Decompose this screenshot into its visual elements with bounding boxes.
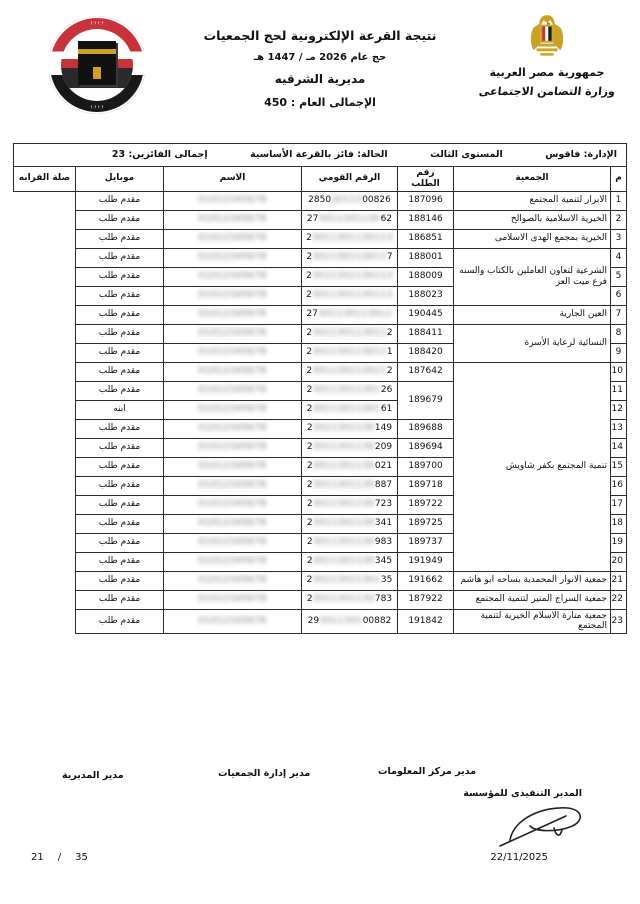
redacted-mobile-number: 01012345678 [198, 252, 267, 262]
association-cell: الخيرية بمجمع الهدى الاسلامى [454, 229, 611, 248]
redacted-national-id-digits: 301130113011 [312, 347, 387, 357]
egypt-eagle-icon [528, 12, 566, 62]
redacted-national-id-digits: 3011301130 [313, 461, 375, 471]
mobile-cell: 01012345678 [164, 590, 302, 609]
row-number: 9 [611, 343, 627, 362]
mobile-cell: 01012345678 [164, 476, 302, 495]
redacted-mobile-number: 01012345678 [198, 214, 267, 224]
table-row: 4الشرعية لتعاون العاملين بالكتاب والسنه … [13, 248, 626, 267]
directorate-line: مديرية الشرقيه [195, 72, 445, 86]
hajj-year-line: حج عام 2026 مـ / 1447 هـ [195, 52, 445, 63]
document-page: جمهورية مصر العربية وزارة التضامن الاجتم… [0, 0, 640, 904]
row-number: 2 [611, 210, 627, 229]
administration-label: الإدارة: فاقوس [545, 149, 617, 160]
national-id-cell: 29301130100882 [302, 609, 398, 634]
redacted-mobile-number: 01012345678 [198, 537, 267, 547]
national-id-cell: 23011301130341 [302, 514, 398, 533]
relation-cell: مقدم طلب [76, 533, 164, 552]
mobile-cell: 01012345678 [164, 609, 302, 634]
request-number-cell: 188411 [398, 324, 454, 343]
national-id-cell: 28503011300826 [302, 191, 398, 210]
association-cell: الابرار لتنمية المجتمع [454, 191, 611, 210]
national-id-cell: 23011301130149 [302, 419, 398, 438]
row-number: 23 [611, 609, 627, 634]
relation-cell: مقدم طلب [76, 495, 164, 514]
redacted-national-id-digits: 3011301130 [313, 556, 375, 566]
request-number-cell: 187922 [398, 590, 454, 609]
report-date: 22/11/2025 [490, 852, 548, 863]
mobile-cell: 01012345678 [164, 324, 302, 343]
request-number-cell: 189679 [398, 381, 454, 419]
redacted-mobile-number: 01012345678 [198, 461, 267, 471]
request-number-cell: 191842 [398, 609, 454, 634]
row-number: 11 [611, 381, 627, 400]
table-row: 22جمعية السراج المنير لتنمية المجتمع1879… [13, 590, 626, 609]
request-number-cell: 189700 [398, 457, 454, 476]
ministry-title: وزارة التضامن الاجتماعى [471, 85, 622, 98]
redacted-national-id-digits: 301130113011 [312, 328, 387, 338]
relation-cell: مقدم طلب [76, 324, 164, 343]
mobile-cell: 01012345678 [164, 514, 302, 533]
mobile-cell: 01012345678 [164, 191, 302, 210]
mobile-cell: 01012345678 [164, 286, 302, 305]
relation-cell: مقدم طلب [76, 457, 164, 476]
redacted-national-id-digits: 3011301130 [313, 594, 375, 604]
mobile-cell: 01012345678 [164, 381, 302, 400]
request-number-cell: 188420 [398, 343, 454, 362]
redacted-mobile-number: 01012345678 [198, 594, 267, 604]
title-block: نتيجة القرعة الإلكترونية لحج الجمعيات حج… [195, 28, 445, 109]
redacted-mobile-number: 01012345678 [198, 271, 267, 281]
association-cell: الشرعية لتعاون العاملين بالكتاب والسنه ف… [454, 248, 611, 305]
redacted-mobile-number: 01012345678 [198, 423, 267, 433]
redacted-mobile-number: 01012345678 [198, 385, 267, 395]
seal-inner [61, 29, 133, 101]
redacted-national-id-digits: 30113011301 [312, 404, 381, 414]
grand-total-line: الإجمالى العام : 450 [195, 96, 445, 109]
row-number: 6 [611, 286, 627, 305]
table-row: 23جمعية منارة الاسلام الخيرية لتنمية الم… [13, 609, 626, 634]
table-row: 1الابرار لتنمية المجتمع18709628503011300… [13, 191, 626, 210]
national-id-cell: 23011301130887 [302, 476, 398, 495]
national-id-cell: 23011301130117 [302, 248, 398, 267]
row-number: 22 [611, 590, 627, 609]
status-label: الحالة: فائز بالقرعة الأساسية [250, 149, 387, 160]
national-id-cell: 27301130113011 [302, 305, 398, 324]
relation-cell: مقدم طلب [76, 191, 164, 210]
table-row: 8النسائية لرعاية الأسرة18841123011301130… [13, 324, 626, 343]
relation-cell: مقدم طلب [76, 590, 164, 609]
request-number-cell: 188023 [398, 286, 454, 305]
row-number: 5 [611, 267, 627, 286]
redacted-national-id-digits: 30113011301 [312, 575, 381, 585]
table-row: 2الخيرية الاسلامية بالصوالح1881462730113… [13, 210, 626, 229]
mobile-cell: 01012345678 [164, 343, 302, 362]
mobile-cell: 01012345678 [164, 362, 302, 381]
ministry-block: جمهورية مصر العربية وزارة التضامن الاجتم… [472, 12, 622, 98]
level-label: المستوى الثالث [430, 149, 503, 160]
relation-cell: ابنه [76, 400, 164, 419]
redacted-mobile-number: 01012345678 [198, 575, 267, 585]
mobile-cell: 01012345678 [164, 552, 302, 571]
national-id-cell: 23011301130783 [302, 590, 398, 609]
request-number-cell: 188001 [398, 248, 454, 267]
request-number-cell: 191662 [398, 571, 454, 590]
relation-cell: مقدم طلب [76, 248, 164, 267]
col-association: الجمعية [454, 167, 611, 192]
col-name: الاسم [164, 167, 302, 192]
page-separator: / [58, 852, 61, 863]
redacted-national-id-digits: 3011301130 [318, 214, 380, 224]
relation-cell: مقدم طلب [76, 229, 164, 248]
document-title: نتيجة القرعة الإلكترونية لحج الجمعيات [195, 28, 445, 43]
directorate-manager-label: مدير المديرية [62, 770, 124, 781]
association-cell: جمعية الانوار المحمدية بساحه ابو هاشم [454, 571, 611, 590]
mobile-cell: 01012345678 [164, 419, 302, 438]
national-id-cell: 23011301130135 [302, 571, 398, 590]
col-relation: صلة القرابه [13, 167, 75, 192]
request-number-cell: 189718 [398, 476, 454, 495]
results-table-wrap: الإدارة: فاقوس المستوى الثالث الحالة: فا… [14, 143, 627, 634]
national-id-cell: 23011301130126 [302, 381, 398, 400]
relation-cell: مقدم طلب [76, 552, 164, 571]
mobile-cell: 01012345678 [164, 267, 302, 286]
info-bar: الإدارة: فاقوس المستوى الثالث الحالة: فا… [13, 144, 626, 167]
row-number: 15 [611, 457, 627, 476]
relation-cell: مقدم طلب [76, 267, 164, 286]
row-number: 8 [611, 324, 627, 343]
national-id-cell: 23011301130021 [302, 457, 398, 476]
table-row: 7العين الجارية19044527301130113011010123… [13, 305, 626, 324]
national-id-cell: 23011301130111 [302, 343, 398, 362]
table-row: 10تنمية المجتمع بكفر شاويش18764223011301… [13, 362, 626, 381]
relation-cell: مقدم طلب [76, 609, 164, 634]
relation-cell: مقدم طلب [76, 210, 164, 229]
national-id-cell: 23011301130113 [302, 229, 398, 248]
redacted-national-id-digits: 3011301130113 [312, 290, 393, 300]
association-cell: النسائية لرعاية الأسرة [454, 324, 611, 362]
table-row: 3الخيرية بمجمع الهدى الاسلامى18685123011… [13, 229, 626, 248]
row-number: 13 [611, 419, 627, 438]
request-number-cell: 187096 [398, 191, 454, 210]
national-id-cell: 23011301130723 [302, 495, 398, 514]
row-number: 12 [611, 400, 627, 419]
request-number-cell: 191949 [398, 552, 454, 571]
redacted-national-id-digits: 3011301130 [313, 442, 375, 452]
redacted-national-id-digits: 3011301130 [313, 537, 375, 547]
association-cell: جمعية منارة الاسلام الخيرية لتنمية المجت… [454, 609, 611, 634]
redacted-national-id-digits: 30113 [331, 195, 362, 205]
request-number-cell: 188146 [398, 210, 454, 229]
redacted-national-id-digits: 301130113011 [312, 252, 387, 262]
col-request-no: رقم الطلب [398, 167, 454, 192]
national-id-cell: 23011301130345 [302, 552, 398, 571]
national-id-cell: 23011301130112 [302, 362, 398, 381]
redacted-national-id-digits: 301130113011 [318, 309, 393, 319]
row-number: 3 [611, 229, 627, 248]
mobile-cell: 01012345678 [164, 571, 302, 590]
redacted-mobile-number: 01012345678 [198, 347, 267, 357]
row-number: 16 [611, 476, 627, 495]
national-id-cell: 23011301130161 [302, 400, 398, 419]
winners-total-label: إجمالى الفائزين: 23 [112, 149, 208, 160]
national-id-cell: 23011301130983 [302, 533, 398, 552]
request-number-cell: 188009 [398, 267, 454, 286]
national-id-cell: 27301130113062 [302, 210, 398, 229]
association-cell: الخيرية الاسلامية بالصوالح [454, 210, 611, 229]
relation-cell: مقدم طلب [76, 571, 164, 590]
request-number-cell: 189737 [398, 533, 454, 552]
results-tbody: 1الابرار لتنمية المجتمع18709628503011300… [13, 191, 626, 634]
page-current: 21 [31, 852, 44, 863]
association-cell: تنمية المجتمع بكفر شاويش [454, 362, 611, 571]
mobile-cell: 01012345678 [164, 248, 302, 267]
row-number: 20 [611, 552, 627, 571]
national-id-cell: 23011301130112 [302, 324, 398, 343]
seal-bottom-text: ﴿ ﴾ ﴿ ﴾ [48, 104, 146, 109]
redacted-national-id-digits: 30113011301 [312, 385, 381, 395]
row-number: 10 [611, 362, 627, 381]
mobile-cell: 01012345678 [164, 400, 302, 419]
document-header: جمهورية مصر العربية وزارة التضامن الاجتم… [0, 8, 640, 138]
national-id-cell: 23011301130113 [302, 286, 398, 305]
page-total: 35 [75, 852, 88, 863]
executive-director-label: المدير التنفيذى للمؤسسة [463, 788, 582, 799]
request-number-cell: 189722 [398, 495, 454, 514]
relation-cell: مقدم طلب [76, 514, 164, 533]
results-table: الإدارة: فاقوس المستوى الثالث الحالة: فا… [13, 143, 627, 634]
redacted-mobile-number: 01012345678 [198, 480, 267, 490]
signature-scribble [496, 800, 588, 852]
redacted-mobile-number: 01012345678 [198, 556, 267, 566]
redacted-national-id-digits: 3011301130113 [312, 271, 393, 281]
seal-top-text: ﴿ ﴾ ﴿ ﴾ [48, 20, 146, 25]
row-number: 21 [611, 571, 627, 590]
redacted-national-id-digits: 301130113011 [312, 366, 387, 376]
row-number: 7 [611, 305, 627, 324]
redacted-mobile-number: 01012345678 [198, 195, 267, 205]
association-cell: جمعية السراج المنير لتنمية المجتمع [454, 590, 611, 609]
mobile-cell: 01012345678 [164, 438, 302, 457]
col-national-id: الرقم القومي [302, 167, 398, 192]
redacted-mobile-number: 01012345678 [198, 616, 267, 626]
redacted-mobile-number: 01012345678 [198, 309, 267, 319]
redacted-mobile-number: 01012345678 [198, 442, 267, 452]
table-row: 21جمعية الانوار المحمدية بساحه ابو هاشم1… [13, 571, 626, 590]
request-number-cell: 187642 [398, 362, 454, 381]
redacted-mobile-number: 01012345678 [198, 290, 267, 300]
col-no: م [611, 167, 627, 192]
request-number-cell: 190445 [398, 305, 454, 324]
relation-cell: مقدم طلب [76, 343, 164, 362]
row-number: 14 [611, 438, 627, 457]
redacted-national-id-digits: 3011301 [319, 616, 363, 626]
request-number-cell: 189694 [398, 438, 454, 457]
relation-cell: مقدم طلب [76, 362, 164, 381]
mobile-cell: 01012345678 [164, 305, 302, 324]
mobile-cell: 01012345678 [164, 457, 302, 476]
redacted-national-id-digits: 3011301130 [313, 518, 375, 528]
association-cell: العين الجارية [454, 305, 611, 324]
associations-manager-label: مدير إدارة الجمعيات [218, 768, 310, 779]
redacted-national-id-digits: 3011301130 [313, 423, 375, 433]
mobile-cell: 01012345678 [164, 495, 302, 514]
row-number: 4 [611, 248, 627, 267]
redacted-mobile-number: 01012345678 [198, 518, 267, 528]
relation-cell: مقدم طلب [76, 438, 164, 457]
col-mobile: موبايل [76, 167, 164, 192]
redacted-mobile-number: 01012345678 [198, 366, 267, 376]
redacted-mobile-number: 01012345678 [198, 328, 267, 338]
request-number-cell: 189688 [398, 419, 454, 438]
hajj-lottery-seal-icon: ﴿ ﴾ ﴿ ﴾ ﴿ ﴾ ﴿ ﴾ [48, 16, 146, 114]
redacted-mobile-number: 01012345678 [198, 233, 267, 243]
redacted-mobile-number: 01012345678 [198, 499, 267, 509]
row-number: 17 [611, 495, 627, 514]
relation-cell: مقدم طلب [76, 476, 164, 495]
relation-cell: مقدم طلب [76, 419, 164, 438]
request-number-cell: 186851 [398, 229, 454, 248]
redacted-mobile-number: 01012345678 [198, 404, 267, 414]
info-center-manager-label: مدير مركز المعلومات [378, 766, 476, 777]
row-number: 1 [611, 191, 627, 210]
relation-cell: مقدم طلب [76, 381, 164, 400]
row-number: 19 [611, 533, 627, 552]
redacted-national-id-digits: 3011301130 [313, 480, 375, 490]
kaaba-icon [78, 41, 116, 85]
relation-cell: مقدم طلب [76, 305, 164, 324]
request-number-cell: 189725 [398, 514, 454, 533]
redacted-national-id-digits: 3011301130 [313, 499, 375, 509]
column-header-row: م الجمعية رقم الطلب الرقم القومي الاسم م… [13, 167, 626, 192]
row-number: 18 [611, 514, 627, 533]
national-id-cell: 23011301130113 [302, 267, 398, 286]
relation-cell: مقدم طلب [76, 286, 164, 305]
page-number: 21/35 [24, 852, 95, 863]
republic-title: جمهورية مصر العربية [472, 66, 622, 79]
mobile-cell: 01012345678 [164, 533, 302, 552]
mobile-cell: 01012345678 [164, 229, 302, 248]
redacted-national-id-digits: 3011301130113 [312, 233, 393, 243]
mobile-cell: 01012345678 [164, 210, 302, 229]
national-id-cell: 23011301130209 [302, 438, 398, 457]
